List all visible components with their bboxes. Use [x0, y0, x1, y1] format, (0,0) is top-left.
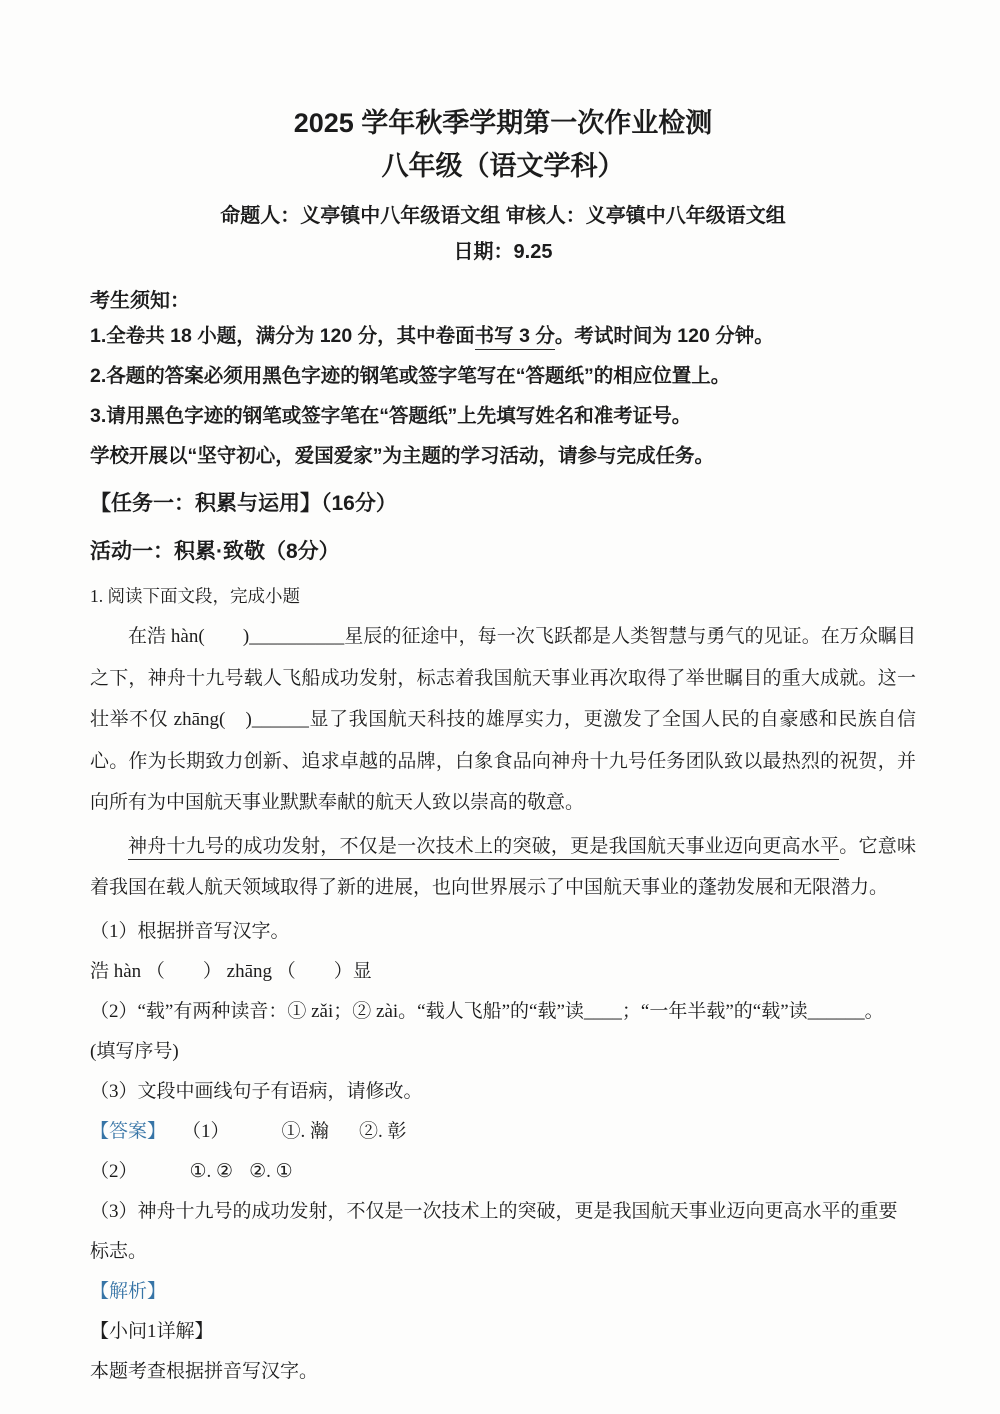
exam-title-line2: 八年级（语文学科） [90, 145, 916, 188]
task-one-heading: 【任务一：积累与运用】（16分） [90, 484, 916, 524]
notice-item-1-pre: 1.全卷共 18 小题，满分为 120 分，其中卷面 [90, 325, 475, 347]
notice-item-2: 2.各题的答案必须用黑色字迹的钢笔或签字笔写在“答题纸”的相应位置上。 [90, 356, 916, 396]
passage-p1-seg1: 在浩 hàn( ) [128, 626, 249, 647]
analysis-subquestion-heading: 【小问1详解】 [90, 1312, 916, 1352]
answer-line-1: 【答案】（1）①. 瀚②. 彰 [90, 1112, 916, 1152]
notice-item-1-underlined: 书写 3 分 [475, 325, 555, 350]
passage-paragraph-2: 神舟十九号的成功发射，不仅是一次技术上的突破，更是我国航天事业迈向更高水平。它意… [90, 826, 916, 909]
notice-item-1-post: 。考试时间为 120 分钟。 [555, 325, 774, 347]
activity-intro-line: 学校开展以“坚守初心，爱国爱家”为主题的学习活动，请参与完成任务。 [90, 436, 916, 476]
answer-2-item-2: ②. ① [249, 1161, 293, 1182]
exam-title-line1: 2025 学年秋季学期第一次作业检测 [90, 102, 916, 145]
subquestion-1-fill-line: 浩 hàn （ ） zhāng （ ）显 [90, 952, 916, 992]
subquestion-2-prompt: （2）“载”有两种读音：① zǎi；② zài。“载人飞船”的“载”读____；… [90, 992, 916, 1032]
subquestion-3-prompt: （3）文段中画线句子有语病，请修改。 [90, 1072, 916, 1112]
answer-2-number: （2） [90, 1161, 138, 1182]
exam-document-page: 2025 学年秋季学期第一次作业检测 八年级（语文学科） 命题人：义亭镇中八年级… [0, 0, 1000, 1414]
date-line: 日期：9.25 [90, 234, 916, 270]
analysis-label: 【解析】 [90, 1281, 166, 1302]
passage-p2-underlined-sentence: 神舟十九号的成功发射，不仅是一次技术上的突破，更是我国航天事业迈向更高水平 [128, 836, 839, 860]
question-1-intro: 1. 阅读下面文段，完成小题 [90, 578, 916, 614]
authors-line: 命题人：义亭镇中八年级语文组 审核人：义亭镇中八年级语文组 [90, 198, 916, 234]
notice-heading: 考生须知： [90, 286, 916, 316]
answer-1-item-1: ①. 瀚 [282, 1121, 330, 1142]
subquestion-1-prompt: （1）根据拼音写汉字。 [90, 912, 916, 952]
activity-one-heading: 活动一：积累·致敬（8分） [90, 532, 916, 572]
answer-1-item-2: ②. 彰 [359, 1121, 407, 1142]
analysis-body: 本题考查根据拼音写汉字。 [90, 1352, 916, 1392]
answer-line-2: （2）①. ②②. ① [90, 1152, 916, 1192]
answer-1-number: （1） [182, 1121, 230, 1142]
notice-item-3: 3.请用黑色字迹的钢笔或签字笔在“答题纸”上先填写姓名和准考证号。 [90, 396, 916, 436]
answer-2-item-1: ①. ② [190, 1161, 234, 1182]
answer-label: 【答案】 [90, 1121, 166, 1142]
passage-p2-period: 。 [839, 836, 858, 857]
passage-p1-blank1: __________ [249, 626, 344, 647]
passage-p1-blank2: ______ [252, 709, 309, 730]
passage-paragraph-1: 在浩 hàn( )__________星辰的征途中，每一次飞跃都是人类智慧与勇气… [90, 616, 916, 824]
subquestion-2-note: (填写序号) [90, 1032, 916, 1072]
notice-item-1: 1.全卷共 18 小题，满分为 120 分，其中卷面书写 3 分。考试时间为 1… [90, 316, 916, 356]
analysis-heading: 【解析】 [90, 1272, 916, 1312]
answer-line-3: （3）神舟十九号的成功发射，不仅是一次技术上的突破，更是我国航天事业迈向更高水平… [90, 1192, 916, 1272]
